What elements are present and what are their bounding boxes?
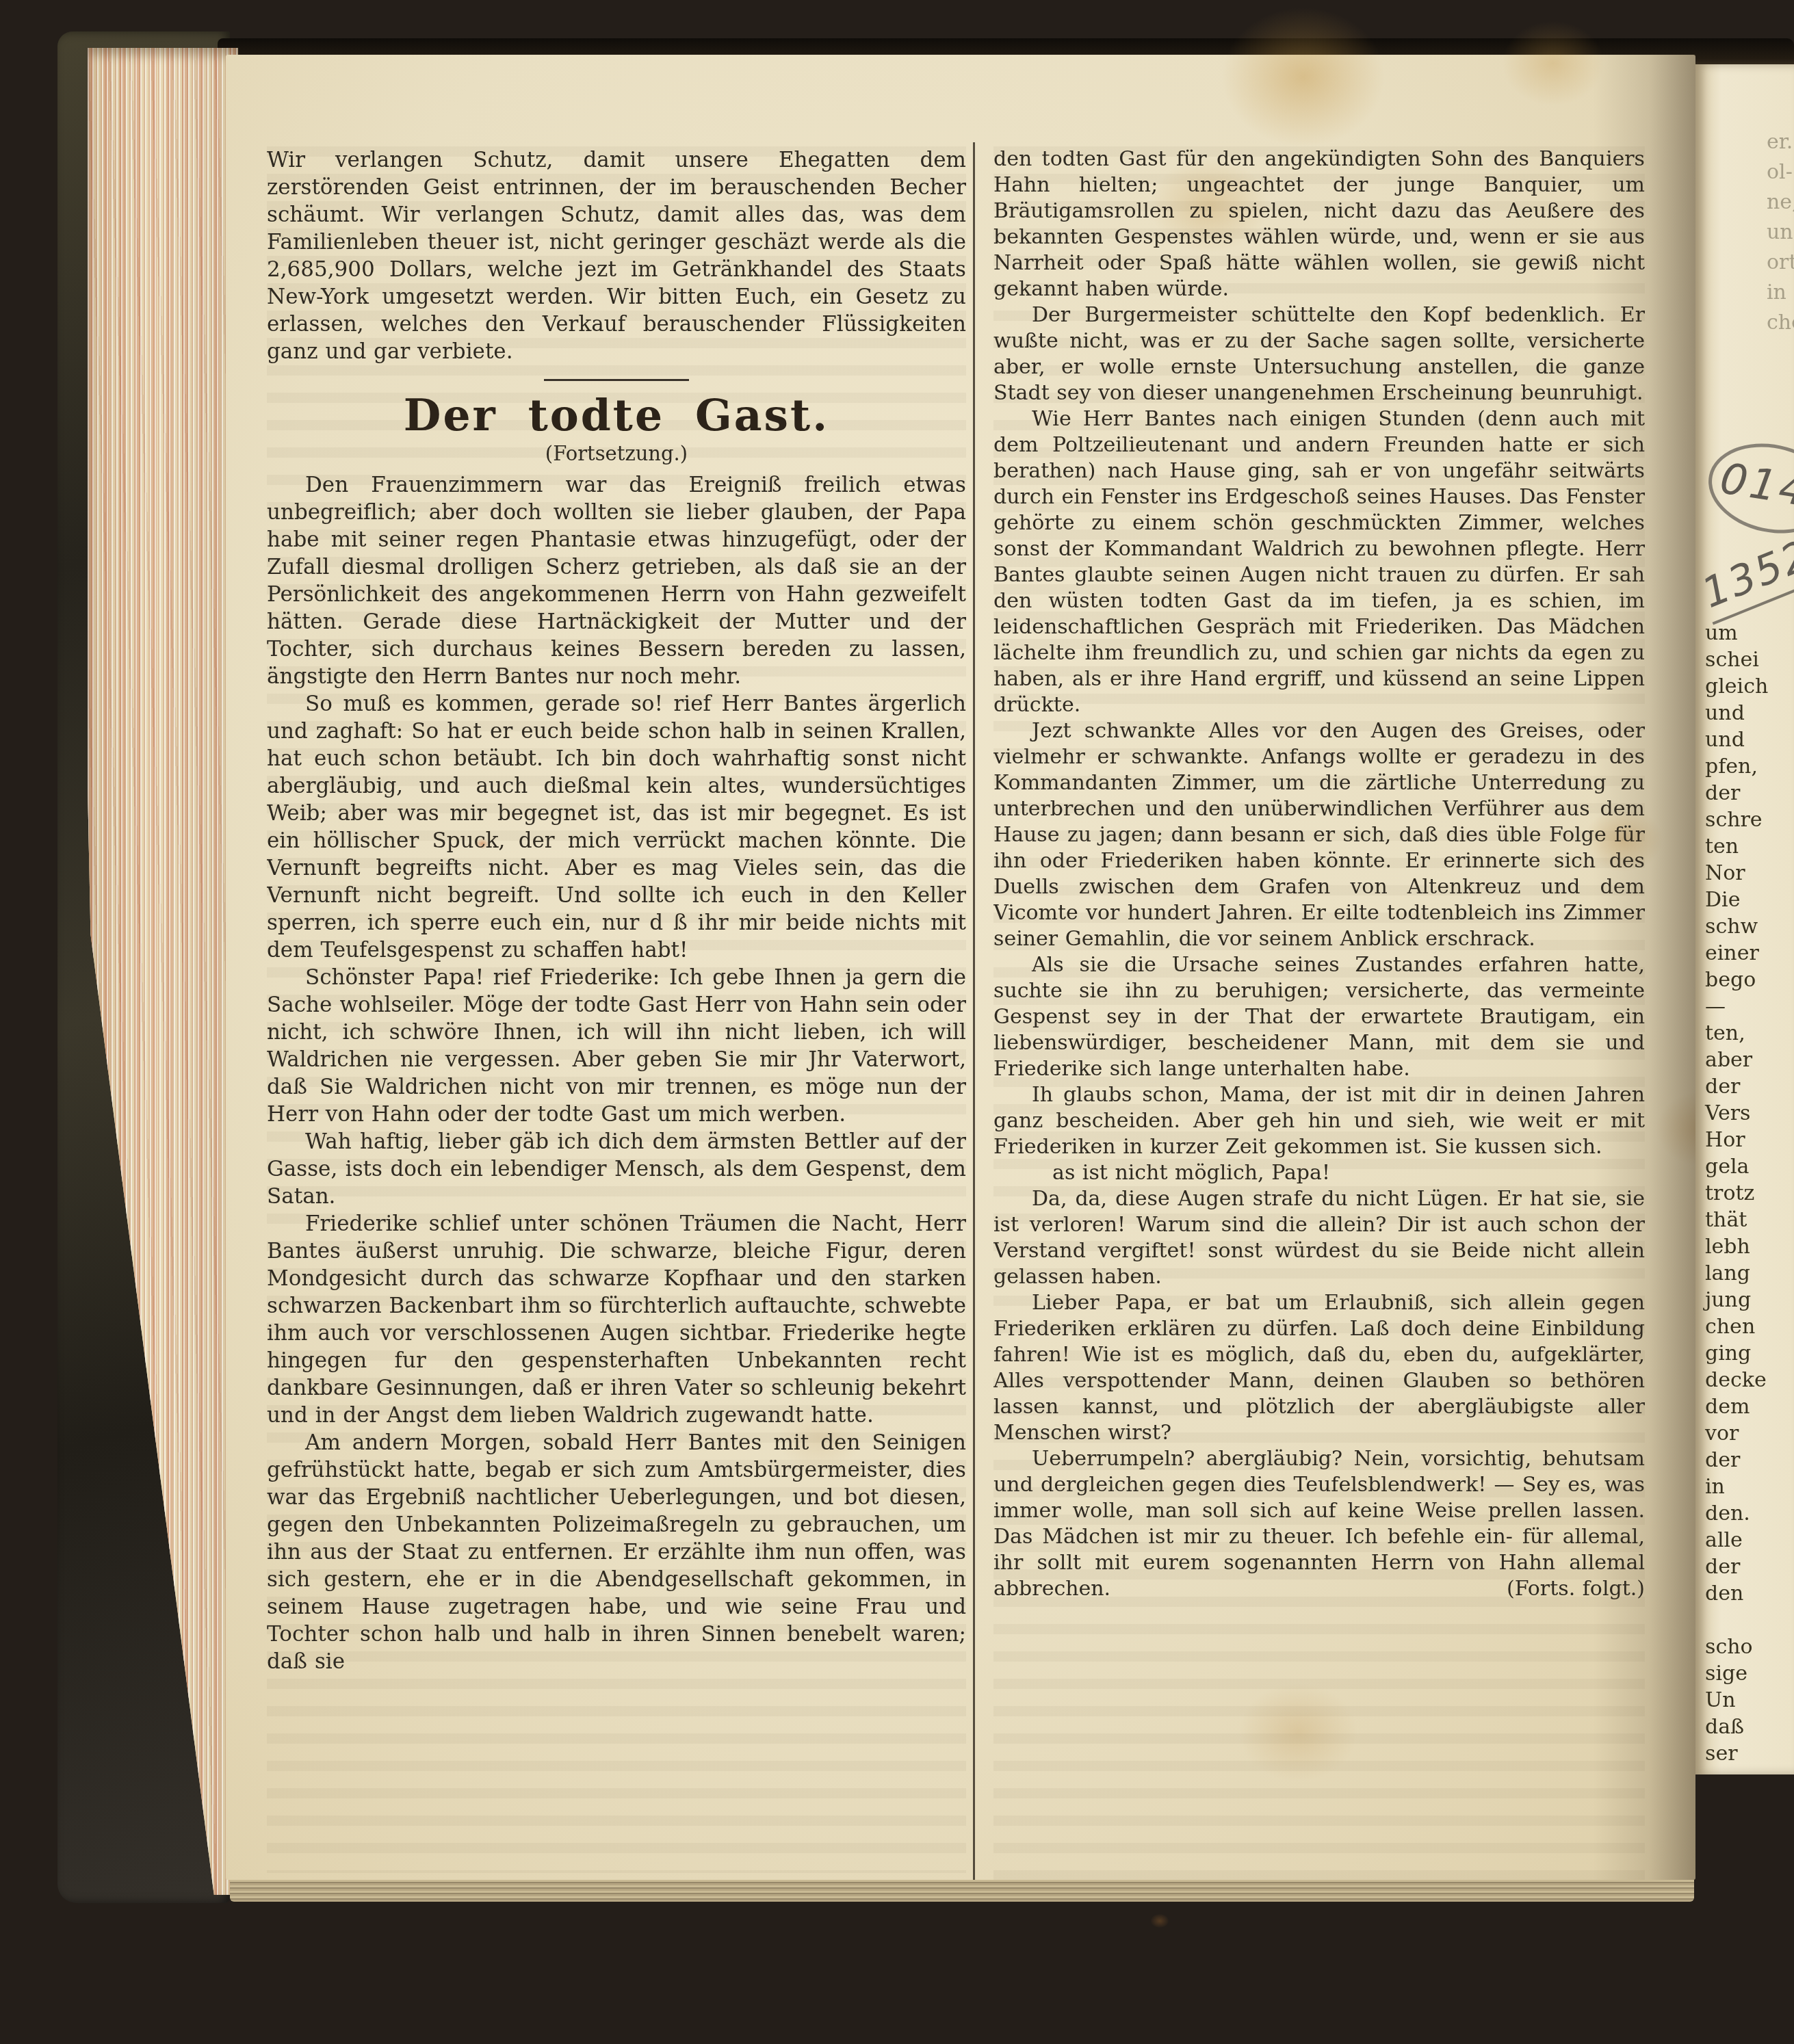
paragraph: Am andern Morgen, sobald Herr Bantes mit… bbox=[267, 1429, 966, 1675]
paragraph: Friederike schlief unter schönen Träumen… bbox=[267, 1210, 966, 1429]
section-divider-rule bbox=[544, 379, 689, 381]
paragraph: Als sie die Ursache seines Zustandes erf… bbox=[993, 952, 1645, 1082]
next-page-edge-text-fragments: er. ol- ne; und ort in che bbox=[1767, 127, 1794, 338]
stain bbox=[1151, 1914, 1169, 1928]
left-text-column: Wir verlangen Schutz, damit unsere Ehega… bbox=[267, 146, 966, 1873]
stain bbox=[1502, 21, 1604, 106]
pencil-number-underlined: 1352 bbox=[1695, 524, 1794, 625]
book-scan-photo: Wir verlangen Schutz, damit unsere Ehega… bbox=[0, 0, 1794, 2044]
main-page: Wir verlangen Schutz, damit unsere Ehega… bbox=[226, 55, 1695, 1880]
paragraph: Wah haftig, lieber gäb ich dich dem ärms… bbox=[267, 1128, 966, 1210]
next-page-sliver: er. ol- ne; und ort in che 014 1352 um s… bbox=[1695, 64, 1794, 1774]
paragraph: Lieber Papa, er bat um Erlaubniß, sich a… bbox=[993, 1290, 1645, 1446]
paragraph: den todten Gast für den angekündigten So… bbox=[993, 146, 1645, 302]
paragraph: Schönster Papa! rief Friederike: Ich geb… bbox=[267, 964, 966, 1128]
paragraph: Wie Herr Bantes nach einigen Stunden (de… bbox=[993, 406, 1645, 718]
paragraph: Wir verlangen Schutz, damit unsere Ehega… bbox=[267, 146, 966, 365]
paragraph: Der Burgermeister schüttelte den Kopf be… bbox=[993, 302, 1645, 406]
right-text-column: den todten Gast für den angekündigten So… bbox=[993, 146, 1645, 1891]
paragraph: Jezt schwankte Alles vor den Augen des G… bbox=[993, 718, 1645, 952]
paragraph: So muß es kommen, gerade so! rief Herr B… bbox=[267, 690, 966, 964]
paragraph: Ueberrumpeln? abergläubig? Nein, vorsich… bbox=[993, 1446, 1645, 1602]
paragraph: as ist nicht möglich, Papa! bbox=[993, 1160, 1645, 1186]
story-subtitle: (Fortsetzung.) bbox=[267, 440, 966, 467]
page-stack-bottom-edge bbox=[230, 1880, 1694, 1902]
next-page-text-fragments: um schei gleich und und pfen, der schre … bbox=[1705, 620, 1768, 1767]
column-divider-rule bbox=[973, 142, 975, 1885]
gutter-shadow bbox=[1593, 55, 1695, 1880]
story-title: Der todte Gast. bbox=[267, 391, 966, 440]
paragraph: Den Frauenzimmern war das Ereigniß freil… bbox=[267, 471, 966, 690]
stain bbox=[1221, 7, 1386, 147]
paragraph: Da, da, diese Augen strafe du nicht Lüge… bbox=[993, 1186, 1645, 1290]
paragraph: Ih glaubs schon, Mama, der ist mit dir i… bbox=[993, 1082, 1645, 1160]
